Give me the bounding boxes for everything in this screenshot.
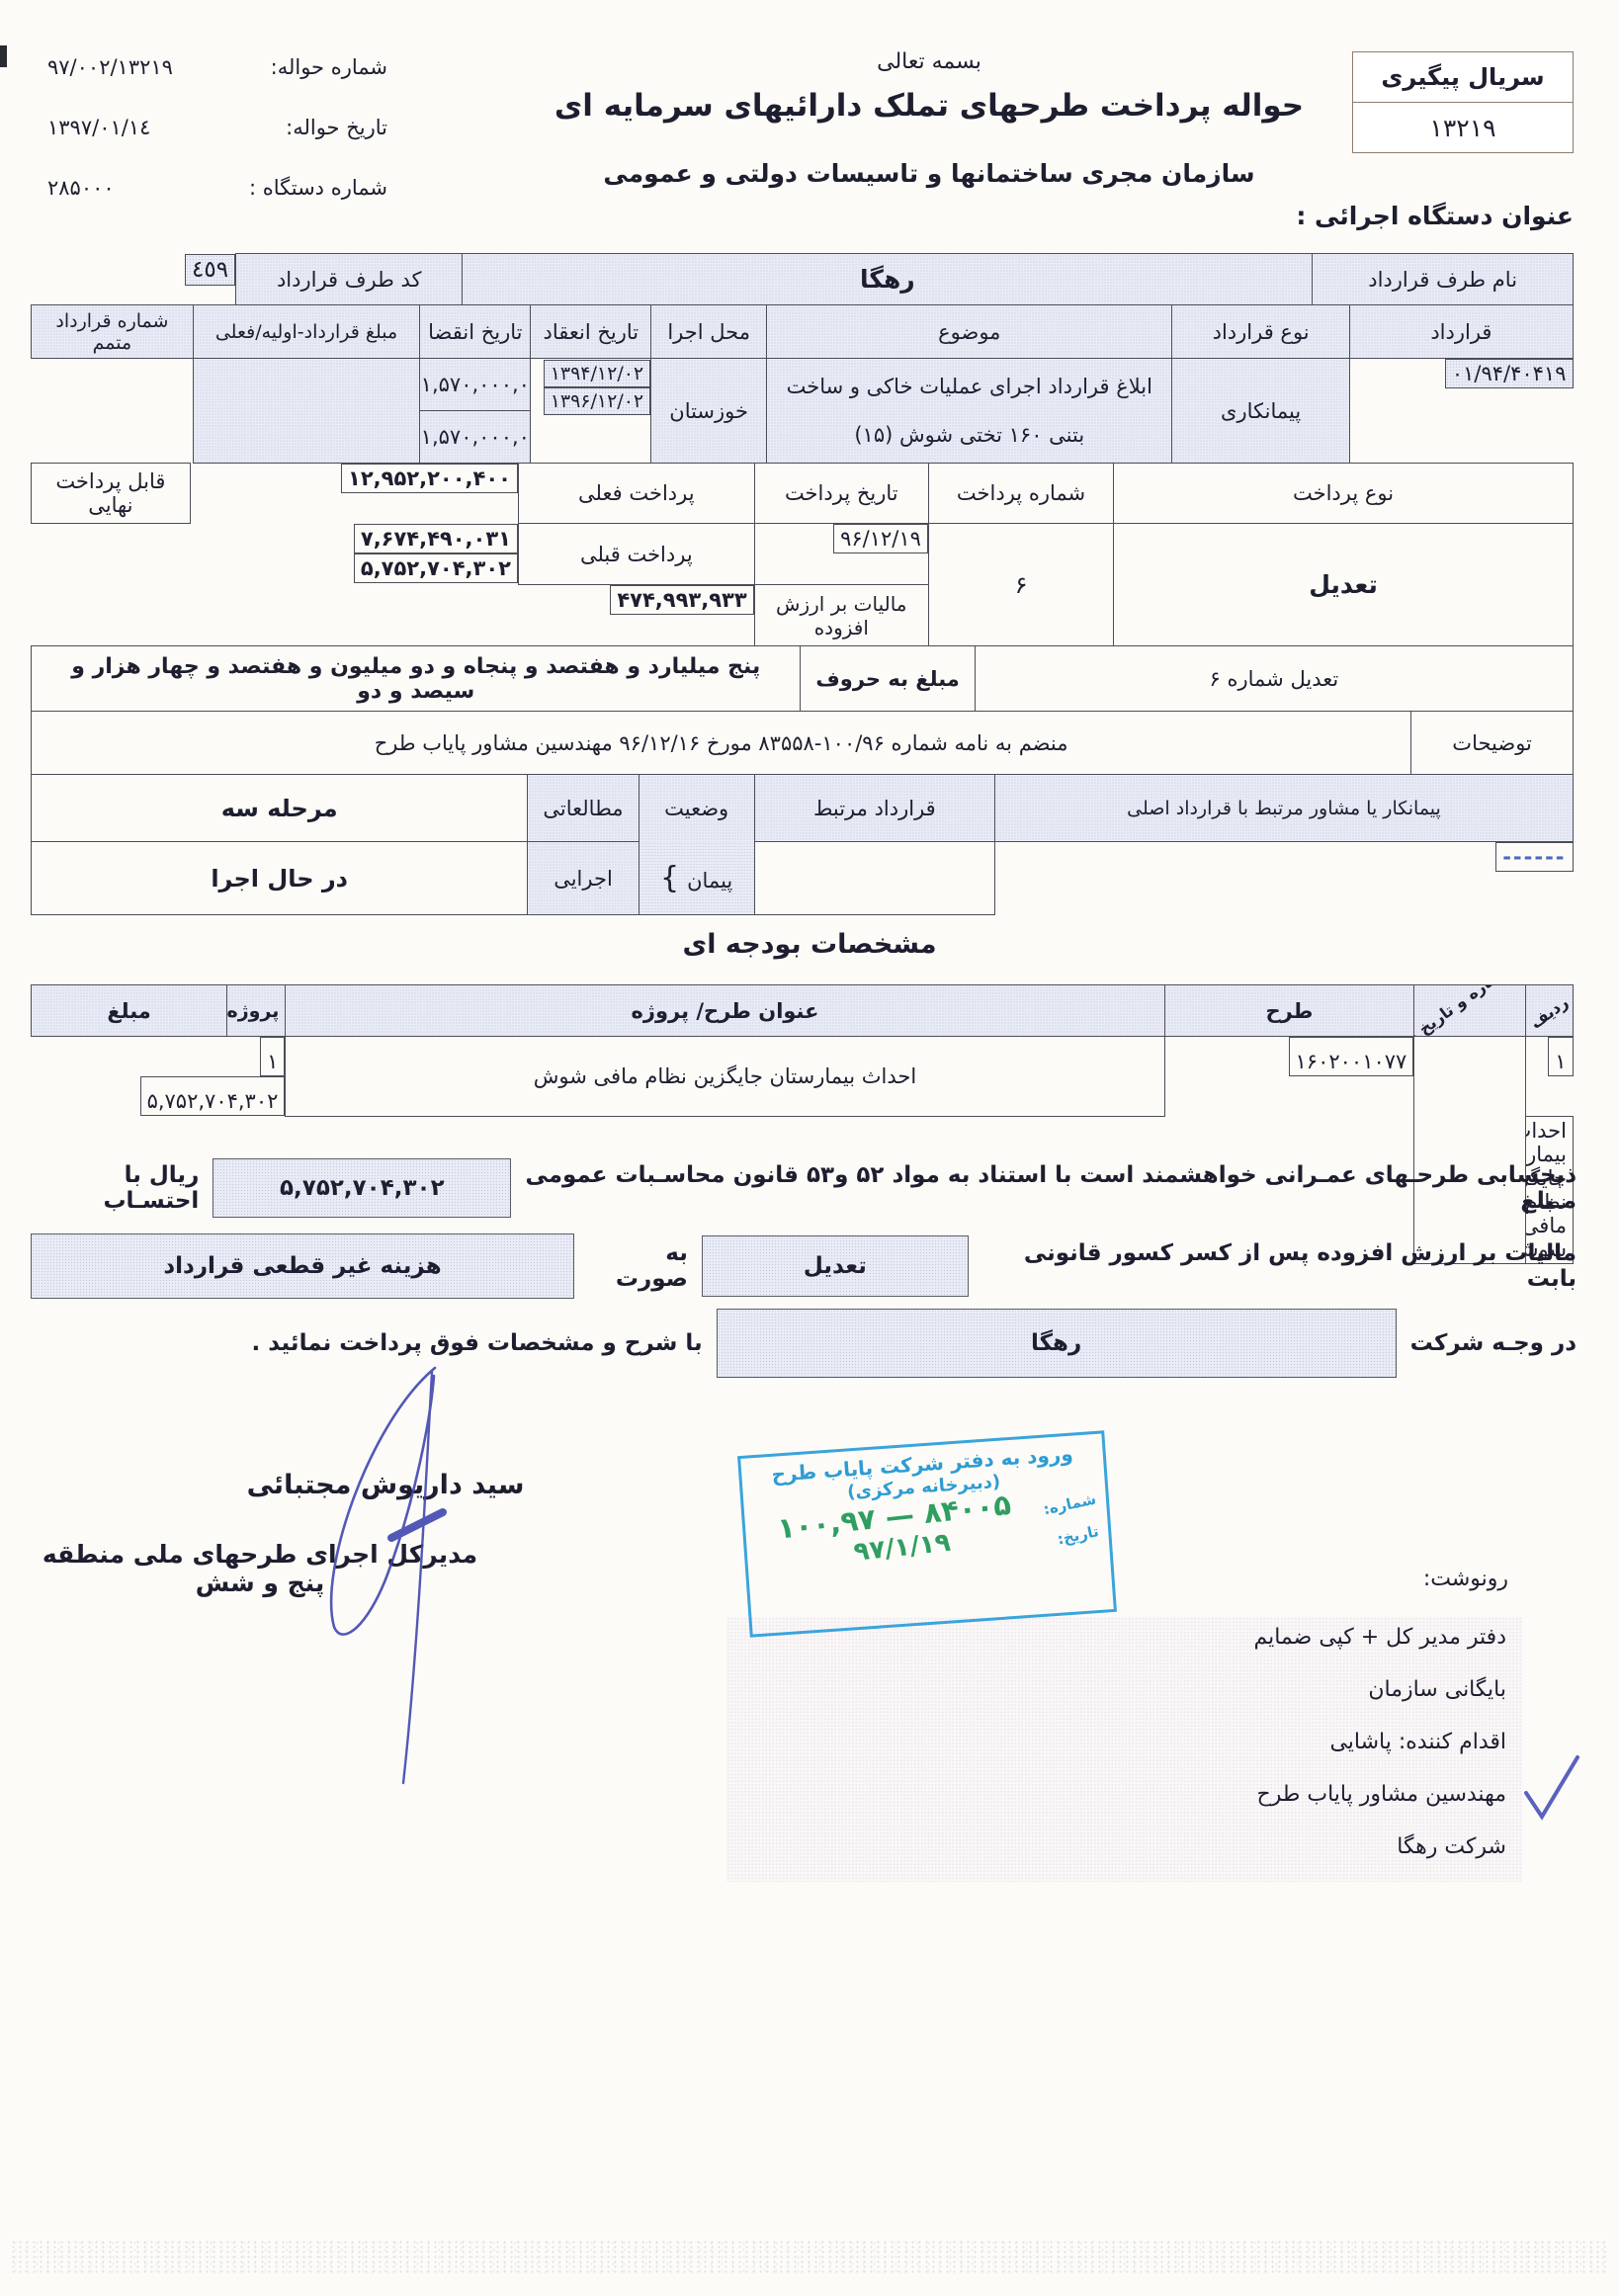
status-word: پیمان [687, 869, 732, 893]
notes-part1: منضم به نامه شماره [892, 731, 1068, 755]
instruction-line2-text: مالیات بر ارزش افزوده پس از کسر کسور قان… [982, 1240, 1576, 1292]
instruction-expense-type-box: هزینه غیر قطعی قرارداد [31, 1233, 574, 1299]
related-party-value: ------ [1495, 842, 1573, 872]
device-number-row: شماره دستگاه : ۲۸۵۰۰۰ [47, 176, 387, 200]
notes-part3: مهندسین مشاور پایاب طرح [375, 731, 613, 755]
copies-item-5: شرکت رهگا [1253, 1834, 1506, 1859]
budget-section-title: مشخصات بودجه ای [0, 929, 1619, 960]
budget-plan-code: ۱۶۰۲۰۰۱۰۷۷ [1289, 1037, 1414, 1076]
contract-details-table: قرارداد نوع قرارداد موضوع محل اجرا تاریخ… [31, 304, 1574, 464]
party-name-value: رهگا [463, 254, 1313, 305]
contract-amount-values: ۱۰۱,۵۷۰,۰۰۰,۰۰۰ ۱۰۱,۵۷۰,۰۰۰,۰۰۰ [420, 359, 531, 464]
contract-no-value: ۰۱/۹۴/۴۰۴۱۹ [1445, 359, 1574, 388]
supplement-contract-value [193, 359, 419, 464]
status-option-study: مطالعاتی [528, 775, 639, 842]
havale-date-label: تاریخ حواله: [286, 116, 387, 139]
current-payment-label: پرداخت فعلی [518, 464, 754, 524]
sign-date-label: تاریخ انعقاد [531, 305, 651, 359]
instruction-line3: در وجـه شرکت رهگا با شرح و مشخصات فوق پر… [31, 1309, 1576, 1378]
payment-type-value: تعدیل [1114, 524, 1574, 646]
tracking-serial-box: سریال پیگیری ۱۳۲۱۹ [1352, 51, 1574, 153]
budget-row-no: ۱ [1548, 1037, 1573, 1076]
status-option-exec: اجرایی [528, 842, 639, 915]
contract-type-label: نوع قرارداد [1172, 305, 1349, 359]
havale-number-label: شماره حواله: [271, 55, 387, 79]
phase-value: مرحله سه [32, 775, 528, 842]
havale-number-row: شماره حواله: ۹۷/۰۰۲/۱۳۲۱۹ [47, 55, 387, 79]
stamp-number-label: شماره: [1042, 1489, 1098, 1518]
device-number-label: شماره دستگاه : [249, 176, 387, 200]
scan-noise-strip [10, 2240, 1609, 2273]
subject-label: موضوع [767, 305, 1172, 359]
budget-header-project: پروژه [227, 985, 286, 1037]
contract-amount-label: مبلغ قرارداد-اولیه/فعلی [193, 305, 419, 359]
tracking-serial-label: سریال پیگیری [1353, 52, 1573, 103]
vat-label: مالیات بر ارزش افزوده [754, 585, 928, 646]
sign-date-value: ۱۳۹۴/۱۲/۰۲ [544, 360, 650, 387]
contract-no-label: قرارداد [1349, 305, 1573, 359]
amount-words-row: تعدیل شماره ۶ مبلغ به حروف پنج میلیارد و… [31, 645, 1574, 712]
subject-line1: ابلاغ قرارداد اجرای عملیات خاکی و ساخت [787, 375, 1152, 398]
notes-label: توضیحات [1411, 712, 1574, 775]
budget-amount: ۵,۷۵۲,۷۰۴,۳۰۲ [140, 1076, 286, 1116]
instruction-line3-text: در وجـه شرکت [1410, 1330, 1576, 1356]
location-label: محل اجرا [651, 305, 767, 359]
contract-amount-current: ۱۰۱,۵۷۰,۰۰۰,۰۰۰ [420, 411, 530, 463]
progress-value: در حال اجرا [32, 842, 528, 915]
copies-item-4: مهندسین مشاور پایاب طرح [1253, 1782, 1506, 1807]
budget-project-title-line1: احداث بیمارستان جایگزین نظام مافی شوش [286, 1037, 1164, 1117]
contract-amount-initial: ۱۰۱,۵۷۰,۰۰۰,۰۰۰ [420, 360, 530, 412]
amount-words-label: مبلغ به حروف [801, 646, 975, 712]
payee-company-box: رهگا [717, 1309, 1397, 1378]
related-party-label: پیمانکار یا مشاور مرتبط با قرارداد اصلی [995, 775, 1574, 842]
related-contract-value [754, 842, 994, 915]
instruction-amount-box: ۵,۷۵۲,۷۰۴,۳۰۲ [213, 1158, 511, 1218]
bismillah-line: بسمه تعالی [514, 49, 1344, 74]
header-reference-fields: شماره حواله: ۹۷/۰۰۲/۱۳۲۱۹ تاریخ حواله: ۱… [47, 55, 387, 236]
supplement-contract-label: شماره قرارداد متمم [32, 305, 194, 359]
instruction-line1-suffix: ریال با احتسـاب [31, 1162, 199, 1214]
notes-part2: مورخ [707, 731, 752, 755]
budget-project-no: ۱ [260, 1037, 285, 1076]
status-word-cell: پیمان{ [639, 842, 754, 915]
budget-header-title: عنوان طرح/ پروژه [286, 985, 1164, 1037]
subject-line2: بتنی ۱۶۰ تختی شوش (۱۵) [854, 423, 1084, 447]
instruction-reason-box: تعدیل [702, 1235, 969, 1297]
expiry-date-value: ۱۳۹۶/۱۲/۰۲ [544, 387, 650, 415]
budget-header-amount: مبلغ [32, 985, 227, 1037]
previous-payment-label: پرداخت قبلی [518, 524, 754, 585]
contract-payment-table: نام طرف قرارداد رهگا کد طرف قرارداد ٤٥۹ … [31, 253, 1574, 915]
copies-list: دفتر مدیر کل + کپی ضمایم بایگانی سازمان … [1253, 1625, 1506, 1887]
previous-payment-value: ۷,۶۷۴,۴۹۰,۰۳۱ [354, 524, 518, 553]
payment-date-value: ۹۶/۱۲/۱۹ [833, 524, 928, 553]
contract-status-table: پیمانکار یا مشاور مرتبط با قرارداد اصلی … [31, 774, 1574, 915]
payment-details-table: نوع پرداخت شماره پرداخت تاریخ پرداخت پرد… [31, 463, 1574, 646]
agency-title-label: عنوان دستگاه اجرائی : [1296, 202, 1574, 230]
payment-number-label: شماره پرداخت [928, 464, 1113, 524]
stamp-date-label: تاریخ: [1056, 1522, 1100, 1548]
budget-header-havale: شماره و تاریخ حواله [1414, 985, 1525, 1037]
copies-item-3: اقدام کننده: پاشایی [1253, 1730, 1506, 1754]
notes-text: منضم به نامه شماره ۸۳۵۵۸-۱۰۰/۹۶ مورخ ۹۶/… [32, 712, 1411, 775]
status-label: وضعیت [639, 775, 754, 842]
payment-description: تعدیل شماره ۶ [975, 646, 1573, 712]
contract-party-row: نام طرف قرارداد رهگا کد طرف قرارداد ٤٥۹ [31, 253, 1574, 305]
expiry-date-label: تاریخ انقضا [420, 305, 531, 359]
company-entry-stamp: ورود به دفتر شرکت پایاب طرح (دبیرخانه مر… [737, 1430, 1117, 1638]
signer-name: سید داریوش مجتبائی [178, 1470, 593, 1500]
subject-value: ابلاغ قرارداد اجرای عملیات خاکی و ساخت ب… [767, 359, 1172, 464]
tracking-serial-value: ۱۳۲۱۹ [1353, 103, 1573, 152]
havale-date-row: تاریخ حواله: ۱۳۹۷/۰۱/۱٤ [47, 116, 387, 139]
party-name-label: نام طرف قرارداد [1313, 254, 1574, 305]
havale-date-value: ۱۳۹۷/۰۱/۱٤ [47, 116, 150, 139]
copies-item-2: بایگانی سازمان [1253, 1677, 1506, 1702]
header-titles: بسمه تعالی حواله پرداخت طرحهای تملک دارا… [514, 49, 1344, 188]
status-brace: { [660, 861, 679, 895]
budget-header-row-no: ردیف [1525, 985, 1573, 1037]
scan-edge-artifact [0, 45, 7, 67]
amount-words-value: پنج میلیارد و هفتصد و پنجاه و دو میلیون … [32, 646, 801, 712]
havale-number-value: ۹۷/۰۰۲/۱۳۲۱۹ [47, 55, 173, 79]
party-code-label: کد طرف قرارداد [236, 254, 463, 305]
instruction-line1-text: ذیحسابی طرحـهای عمـرانی خواهشمند است با … [525, 1162, 1576, 1214]
related-contract-label: قرارداد مرتبط [754, 775, 994, 842]
notes-letter-date: ۹۶/۱۲/۱۶ [619, 731, 700, 755]
signer-role: مدیرکل اجرای طرحهای ملی منطقه پنج و شش [28, 1540, 492, 1597]
vat-value: ۴۷۴,۹۹۳,۹۳۳ [610, 585, 753, 615]
instruction-line2: مالیات بر ارزش افزوده پس از کسر کسور قان… [31, 1233, 1576, 1299]
device-number-value: ۲۸۵۰۰۰ [47, 176, 115, 200]
location-value: خوزستان [651, 359, 767, 464]
budget-header-plan: طرح [1164, 985, 1414, 1037]
instruction-line1: ذیحسابی طرحـهای عمـرانی خواهشمند است با … [31, 1158, 1576, 1218]
payment-order-document: سریال پیگیری ۱۳۲۱۹ شماره حواله: ۹۷/۰۰۲/۱… [0, 0, 1619, 2296]
checkmark-annotation [1520, 1749, 1583, 1827]
party-code-value: ٤٥۹ [185, 254, 235, 286]
instruction-line2-middle: به صورت [588, 1240, 688, 1292]
final-payable-value: ۵,۷۵۲,۷۰۴,۳۰۲ [354, 553, 518, 583]
document-title: حواله پرداخت طرحهای تملک دارائیهای سرمای… [514, 88, 1344, 124]
payment-type-label: نوع پرداخت [1114, 464, 1574, 524]
copies-item-1: دفتر مدیر کل + کپی ضمایم [1253, 1625, 1506, 1650]
payment-date-label: تاریخ پرداخت [754, 464, 928, 524]
budget-table: ردیف شماره و تاریخ حواله طرح عنوان طرح/ … [31, 984, 1574, 1264]
budget-data-row: ۱ ۱۶۰۲۰۰۱۰۷۷ احداث بیمارستان جایگزین نظا… [32, 1037, 1574, 1117]
current-payment-value: ۱۲,۹۵۲,۲۰۰,۴۰۰ [341, 464, 518, 493]
budget-havale-value [1414, 1037, 1525, 1264]
final-payable-label: قابل پرداخت نهایی [32, 464, 191, 524]
notes-row: توضیحات منضم به نامه شماره ۸۳۵۵۸-۱۰۰/۹۶ … [31, 711, 1574, 775]
copies-label: رونوشت: [1423, 1567, 1508, 1591]
payment-number-value: ۶ [928, 524, 1113, 646]
organization-name: سازمان مجری ساختمانها و تاسیسات دولتی و … [514, 159, 1344, 188]
contract-type-value: پیمانکاری [1172, 359, 1349, 464]
instruction-line3-suffix: با شرح و مشخصات فوق پرداخت نمائید . [252, 1330, 703, 1356]
notes-letter-number: ۸۳۵۵۸-۱۰۰/۹۶ [758, 731, 884, 755]
